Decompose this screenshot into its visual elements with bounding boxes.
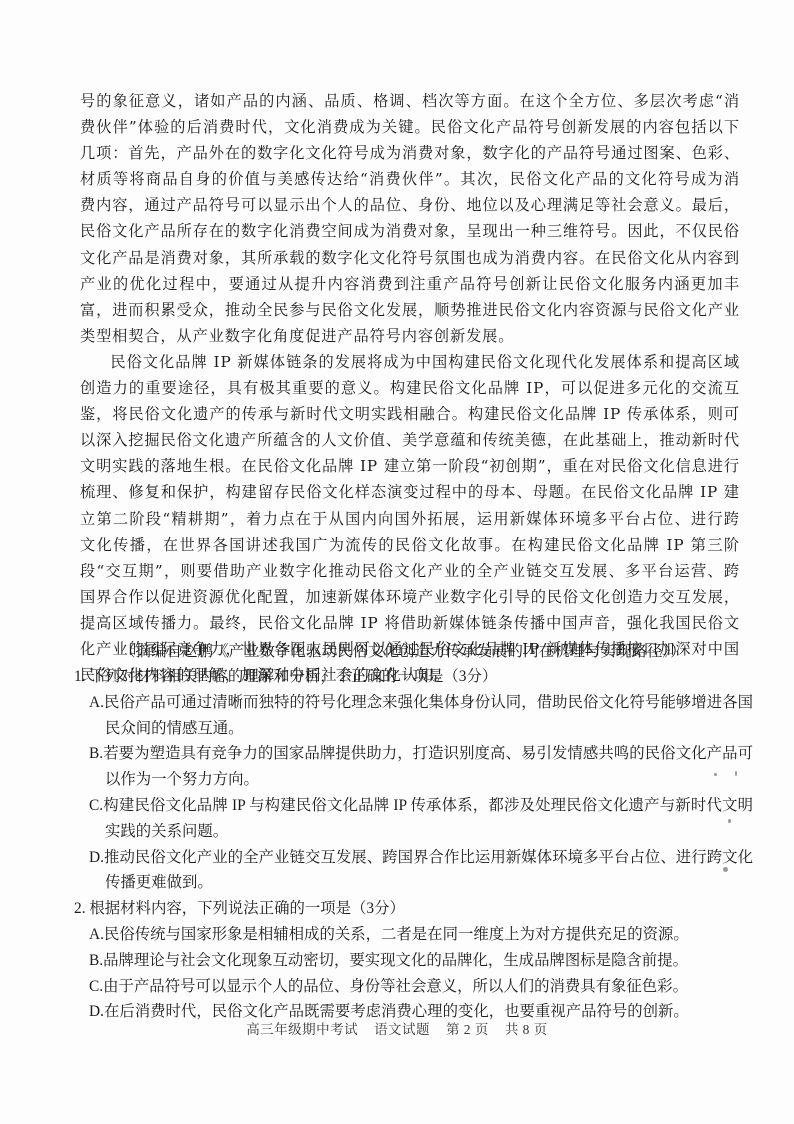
option-letter: A. <box>89 694 104 711</box>
question-2-option-c: C.由于产品符号可以显示个人的品位、身份等社会意义，所以人们的消费具有象征色彩。 <box>89 974 765 1000</box>
option-letter: D. <box>89 849 104 866</box>
scan-speck <box>735 771 737 776</box>
option-text: 构建民俗文化品牌 IP 与构建民俗文化品牌 IP 传承体系，都涉及处理民俗文化遗… <box>103 797 753 840</box>
footer-subject: 语文试题 <box>374 1022 430 1037</box>
footer-total-pages: 共 8 页 <box>505 1022 548 1037</box>
question-1-option-c: C.构建民俗文化品牌 IP 与构建民俗文化品牌 IP 传承体系，都涉及处理民俗文… <box>89 793 753 845</box>
question-1-option-b: B.若要为塑造具有竞争力的国家品牌提供助力，打造识别度高、易引发情感共鸣的民俗文… <box>89 741 753 793</box>
option-text: 民俗产品可通过清晰而独特的符号化理念来强化集体身份认同，借助民俗文化符号能够增进… <box>104 694 753 737</box>
question-1: 1. 下列对材料相关内容的理解和分析，不正确的一项是（3分） A.民俗产品可通过… <box>74 664 754 896</box>
option-text: 民俗传统与国家形象是相辅相成的关系，二者是在同一维度上为对方提供充足的资源。 <box>104 926 689 943</box>
footer-page-number: 第 2 页 <box>446 1022 489 1037</box>
exam-page: 号的象征意义，诸如产品的内涵、品质、格调、档次等方面。在这个全方位、多层次考虑“… <box>0 0 794 1124</box>
footer-exam-name: 高三年级期中考试 <box>246 1022 358 1037</box>
question-2-stem: 2. 根据材料内容，下列说法正确的一项是（3分） <box>74 896 754 922</box>
option-letter: B. <box>89 952 103 969</box>
scan-speck <box>728 819 731 823</box>
question-1-option-d: D.推动民俗文化产业的全产业链交互发展、跨国界合作比运用新媒体环境多平台占位、进… <box>89 845 753 897</box>
scan-speck <box>714 773 717 776</box>
scan-speck <box>723 867 728 872</box>
passage-paragraph-1: 号的象征意义，诸如产品的内涵、品质、格调、档次等方面。在这个全方位、多层次考虑“… <box>80 88 740 349</box>
question-2-option-b: B.品牌理论与社会文化现象互动密切，要实现文化的品牌化，生成品牌图标是隐含前提。 <box>89 948 765 974</box>
question-section: 1. 下列对材料相关内容的理解和分析，不正确的一项是（3分） A.民俗产品可通过… <box>74 664 754 1025</box>
option-letter: B. <box>89 745 103 762</box>
option-text: 由于产品符号可以显示个人的品位、身份等社会意义，所以人们的消费具有象征色彩。 <box>103 978 688 995</box>
reading-passage: 号的象征意义，诸如产品的内涵、品质、格调、档次等方面。在这个全方位、多层次考虑“… <box>80 88 740 688</box>
page-footer: 高三年级期中考试 语文试题 第 2 页 共 8 页 <box>0 1018 794 1038</box>
option-text: 推动民俗文化产业的全产业链交互发展、跨国界合作比运用新媒体环境多平台占位、进行跨… <box>104 849 753 892</box>
question-2: 2. 根据材料内容，下列说法正确的一项是（3分） A.民俗传统与国家形象是相辅相… <box>74 896 754 1025</box>
option-letter: C. <box>89 797 103 814</box>
question-1-stem: 1. 下列对材料相关内容的理解和分析，不正确的一项是（3分） <box>74 664 754 690</box>
option-letter: C. <box>89 978 103 995</box>
source-citation: （摘编自赵鹏《产业数字化驱动民俗文化创造力传承发展的内在机理与实现路径》） <box>120 640 770 664</box>
question-2-option-a: A.民俗传统与国家形象是相辅相成的关系，二者是在同一维度上为对方提供充足的资源。 <box>89 922 765 948</box>
passage-paragraph-2: 民俗文化品牌 IP 新媒体链条的发展将成为中国构建民俗文化现代化发展体系和提高区… <box>80 349 740 688</box>
option-text: 品牌理论与社会文化现象互动密切，要实现文化的品牌化，生成品牌图标是隐含前提。 <box>103 952 688 969</box>
option-text: 若要为塑造具有竞争力的国家品牌提供助力，打造识别度高、易引发情感共鸣的民俗文化产… <box>103 745 753 788</box>
question-1-option-a: A.民俗产品可通过清晰而独特的符号化理念来强化集体身份认同，借助民俗文化符号能够… <box>89 690 753 742</box>
option-letter: A. <box>89 926 104 943</box>
